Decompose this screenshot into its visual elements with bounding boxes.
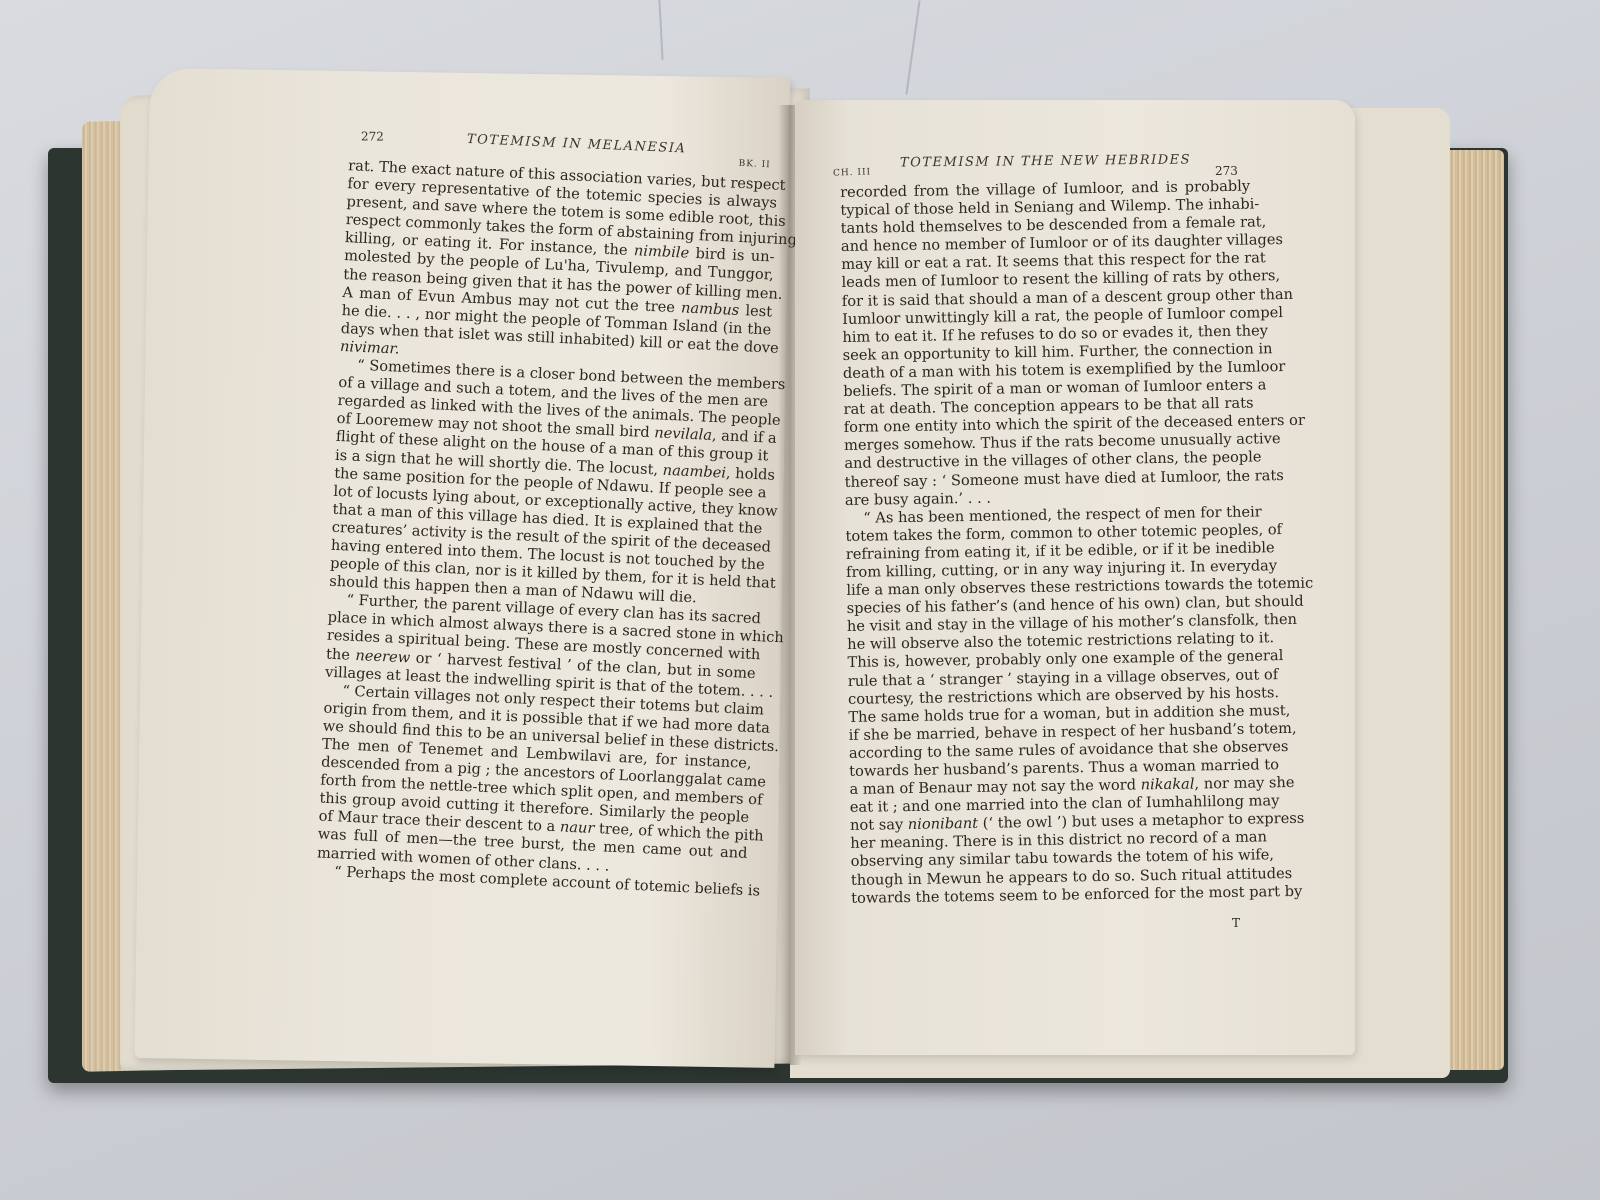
chapter-reference: CH. III — [833, 167, 871, 178]
right-page: CH. III TOTEMISM IN THE NEW HEBRIDES 273… — [795, 100, 1355, 1055]
left-running-head: TOTEMISM IN MELANESIA — [467, 132, 687, 157]
surface-scratch — [905, 0, 920, 94]
right-page-number: 273 — [1215, 164, 1238, 178]
signature-mark: T — [1232, 916, 1240, 930]
surface-scratch — [658, 0, 663, 60]
right-running-head: TOTEMISM IN THE NEW HEBRIDES — [900, 152, 1191, 170]
right-page-text: recorded from the village of Iumloor, an… — [840, 178, 1261, 908]
left-page-number: 272 — [361, 129, 384, 143]
left-page-text: rat. The exact nature of this associatio… — [316, 157, 778, 900]
left-page: 272 TOTEMISM IN MELANESIA BK. II rat. Th… — [134, 68, 789, 1068]
book-reference: BK. II — [738, 159, 771, 171]
